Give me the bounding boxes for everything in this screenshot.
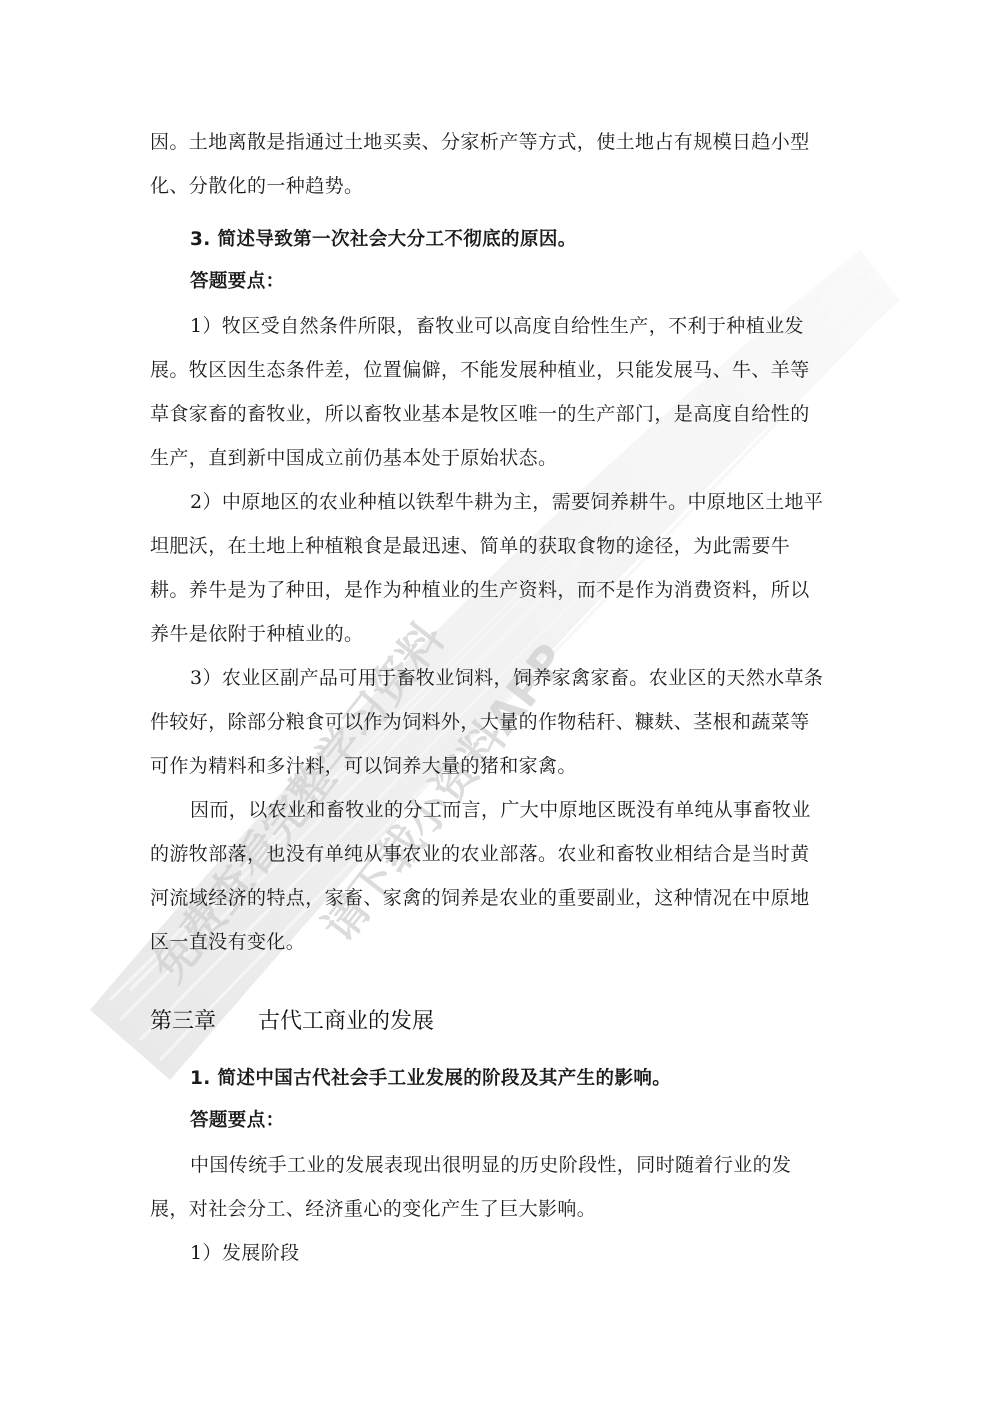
question-title: 1. 简述中国古代社会手工业发展的阶段及其产生的影响。: [190, 1067, 671, 1091]
point-2-line: 2）中原地区的农业种植以铁犁牛耕为主，需要饲养耕牛。中原地区土地平: [190, 490, 823, 514]
point-1-line: 展。牧区因生态条件差，位置偏僻，不能发展种植业，只能发展马、牛、羊等: [150, 358, 810, 382]
point-2-line: 耕。养牛是为了种田，是作为种植业的生产资料，而不是作为消费资料，所以: [150, 578, 810, 602]
conclusion-line: 的游牧部落，也没有单纯从事农业的农业部落。农业和畜牧业相结合是当时黄: [150, 842, 810, 866]
point-1-line: 生产，直到新中国成立前仍基本处于原始状态。: [150, 446, 557, 470]
conclusion-line: 因而，以农业和畜牧业的分工而言，广大中原地区既没有单纯从事畜牧业: [190, 798, 811, 822]
question-title: 3. 简述导致第一次社会大分工不彻底的原因。: [190, 228, 577, 252]
point-3-line: 可作为精料和多汁料，可以饲养大量的猪和家禽。: [150, 754, 577, 778]
answer-label: 答题要点：: [190, 1109, 285, 1133]
point-2-line: 养牛是依附于种植业的。: [150, 622, 363, 646]
conclusion-line: 河流域经济的特点，家畜、家禽的饲养是农业的重要副业，这种情况在中原地: [150, 886, 810, 910]
paragraph-line: 中国传统手工业的发展表现出很明显的历史阶段性，同时随着行业的发: [190, 1153, 791, 1177]
point-3-line: 3）农业区副产品可用于畜牧业饲料，饲养家禽家畜。农业区的天然水草条: [190, 666, 823, 690]
paragraph-line: 因。土地离散是指通过土地买卖、分家析产等方式，使土地占有规模日趋小型: [150, 130, 810, 154]
point-1-line: 草食家畜的畜牧业，所以畜牧业基本是牧区唯一的生产部门，是高度自给性的: [150, 402, 810, 426]
chapter-heading: 第三章古代工商业的发展: [150, 1008, 434, 1036]
chapter-number: 第三章: [150, 1009, 216, 1034]
conclusion-line: 区一直没有变化。: [150, 930, 305, 954]
point-2-line: 坦肥沃，在土地上种植粮食是最迅速、简单的获取食物的途径，为此需要牛: [150, 534, 790, 558]
answer-label: 答题要点：: [190, 270, 285, 294]
point-1-line: 1）牧区受自然条件所限，畜牧业可以高度自给性生产，不利于种植业发: [190, 314, 804, 338]
paragraph-line: 化、分散化的一种趋势。: [150, 174, 363, 198]
document-page: 因。土地离散是指通过土地买卖、分家析产等方式，使土地占有规模日趋小型 化、分散化…: [0, 0, 991, 1404]
point-3-line: 件较好，除部分粮食可以作为饲料外，大量的作物秸秆、糠麸、茎根和蔬菜等: [150, 710, 810, 734]
chapter-title: 古代工商业的发展: [258, 1009, 434, 1034]
paragraph-line: 展，对社会分工、经济重心的变化产生了巨大影响。: [150, 1197, 596, 1221]
sub-heading: 1）发展阶段: [190, 1241, 300, 1265]
